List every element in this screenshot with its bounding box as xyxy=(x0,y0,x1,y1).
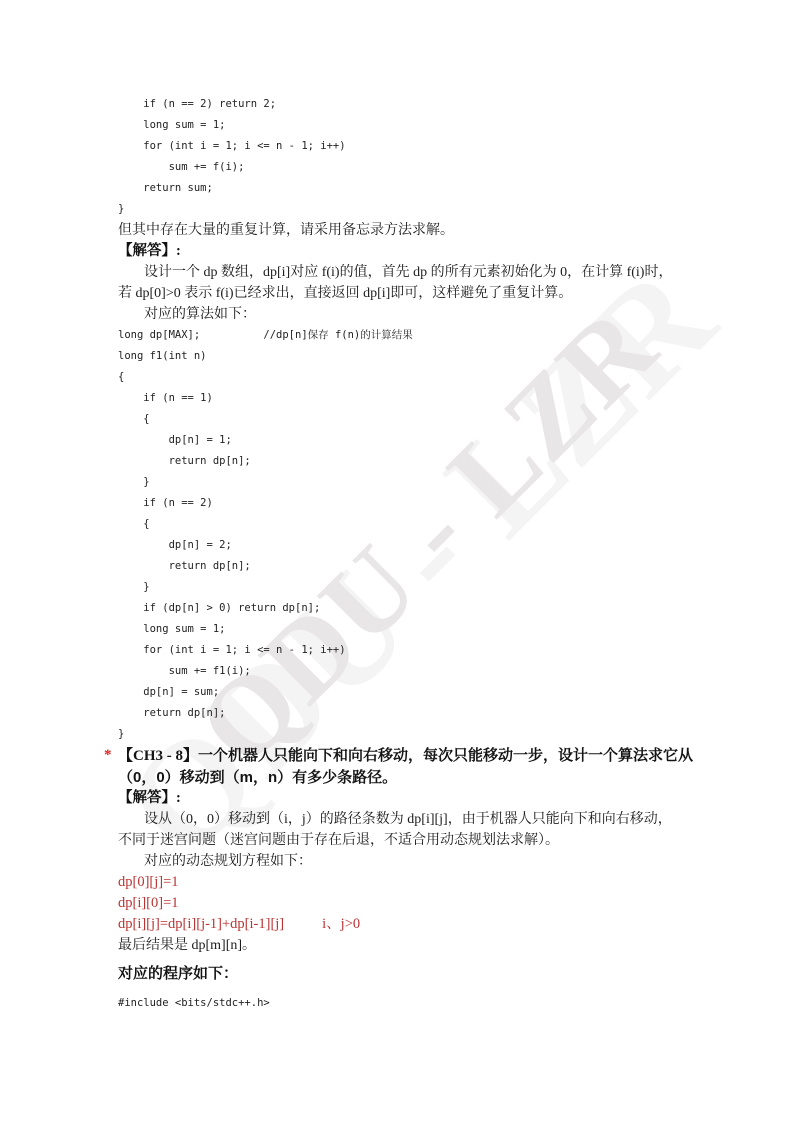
answer2-body: 设从（0，0）移动到（i，j）的路径条数为 dp[i][j]，由于机器人只能向下… xyxy=(118,809,698,851)
answer1-body: 设计一个 dp 数组，dp[i]对应 f(i)的值，首先 dp 的所有元素初始化… xyxy=(118,262,698,304)
problem-tag: 【CH3 - 8】 xyxy=(118,748,198,764)
dp-equation-2: dp[i][0]=1 xyxy=(118,893,698,914)
answer1-algo-intro: 对应的算法如下： xyxy=(118,304,698,325)
program-heading: 对应的程序如下： xyxy=(118,963,698,985)
dp-equation-3: dp[i][j]=dp[i][j-1]+dp[i-1][j] xyxy=(118,916,284,932)
answer1-label: 【解答】: xyxy=(118,241,698,262)
answer2-dp-intro: 对应的动态规划方程如下： xyxy=(118,851,698,872)
problem-line2: （0，0）移动到（m，n）有多少条路径。 xyxy=(118,769,397,786)
code-block-f-tail: if (n == 2) return 2; long sum = 1; for … xyxy=(118,94,698,220)
memoization-note: 但其中存在大量的重复计算，请采用备忘录方法求解。 xyxy=(118,220,698,241)
dp-equation-condition: i、j>0 xyxy=(322,916,360,932)
document-page: if (n == 2) return 2; long sum = 1; for … xyxy=(118,94,698,1014)
code-block-f1: long dp[MAX]; //dp[n]保存 f(n)的计算结果 long f… xyxy=(118,325,698,745)
problem-line1: 一个机器人只能向下和向右移动，每次只能移动一步，设计一个算法求它从 xyxy=(198,747,693,764)
dp-equations: dp[0][j]=1 dp[i][0]=1 dp[i][j]=dp[i][j-1… xyxy=(118,872,698,935)
required-star-icon: * xyxy=(104,745,112,766)
answer2-label: 【解答】: xyxy=(118,788,698,809)
problem-ch3-8: *【CH3 - 8】一个机器人只能向下和向右移动，每次只能移动一步，设计一个算法… xyxy=(118,745,698,788)
dp-equation-3-row: dp[i][j]=dp[i][j-1]+dp[i-1][j]i、j>0 xyxy=(118,914,698,935)
result-note: 最后结果是 dp[m][n]。 xyxy=(118,935,698,956)
dp-equation-1: dp[0][j]=1 xyxy=(118,872,698,893)
include-line: #include <bits/stdc++.h> xyxy=(118,993,698,1014)
